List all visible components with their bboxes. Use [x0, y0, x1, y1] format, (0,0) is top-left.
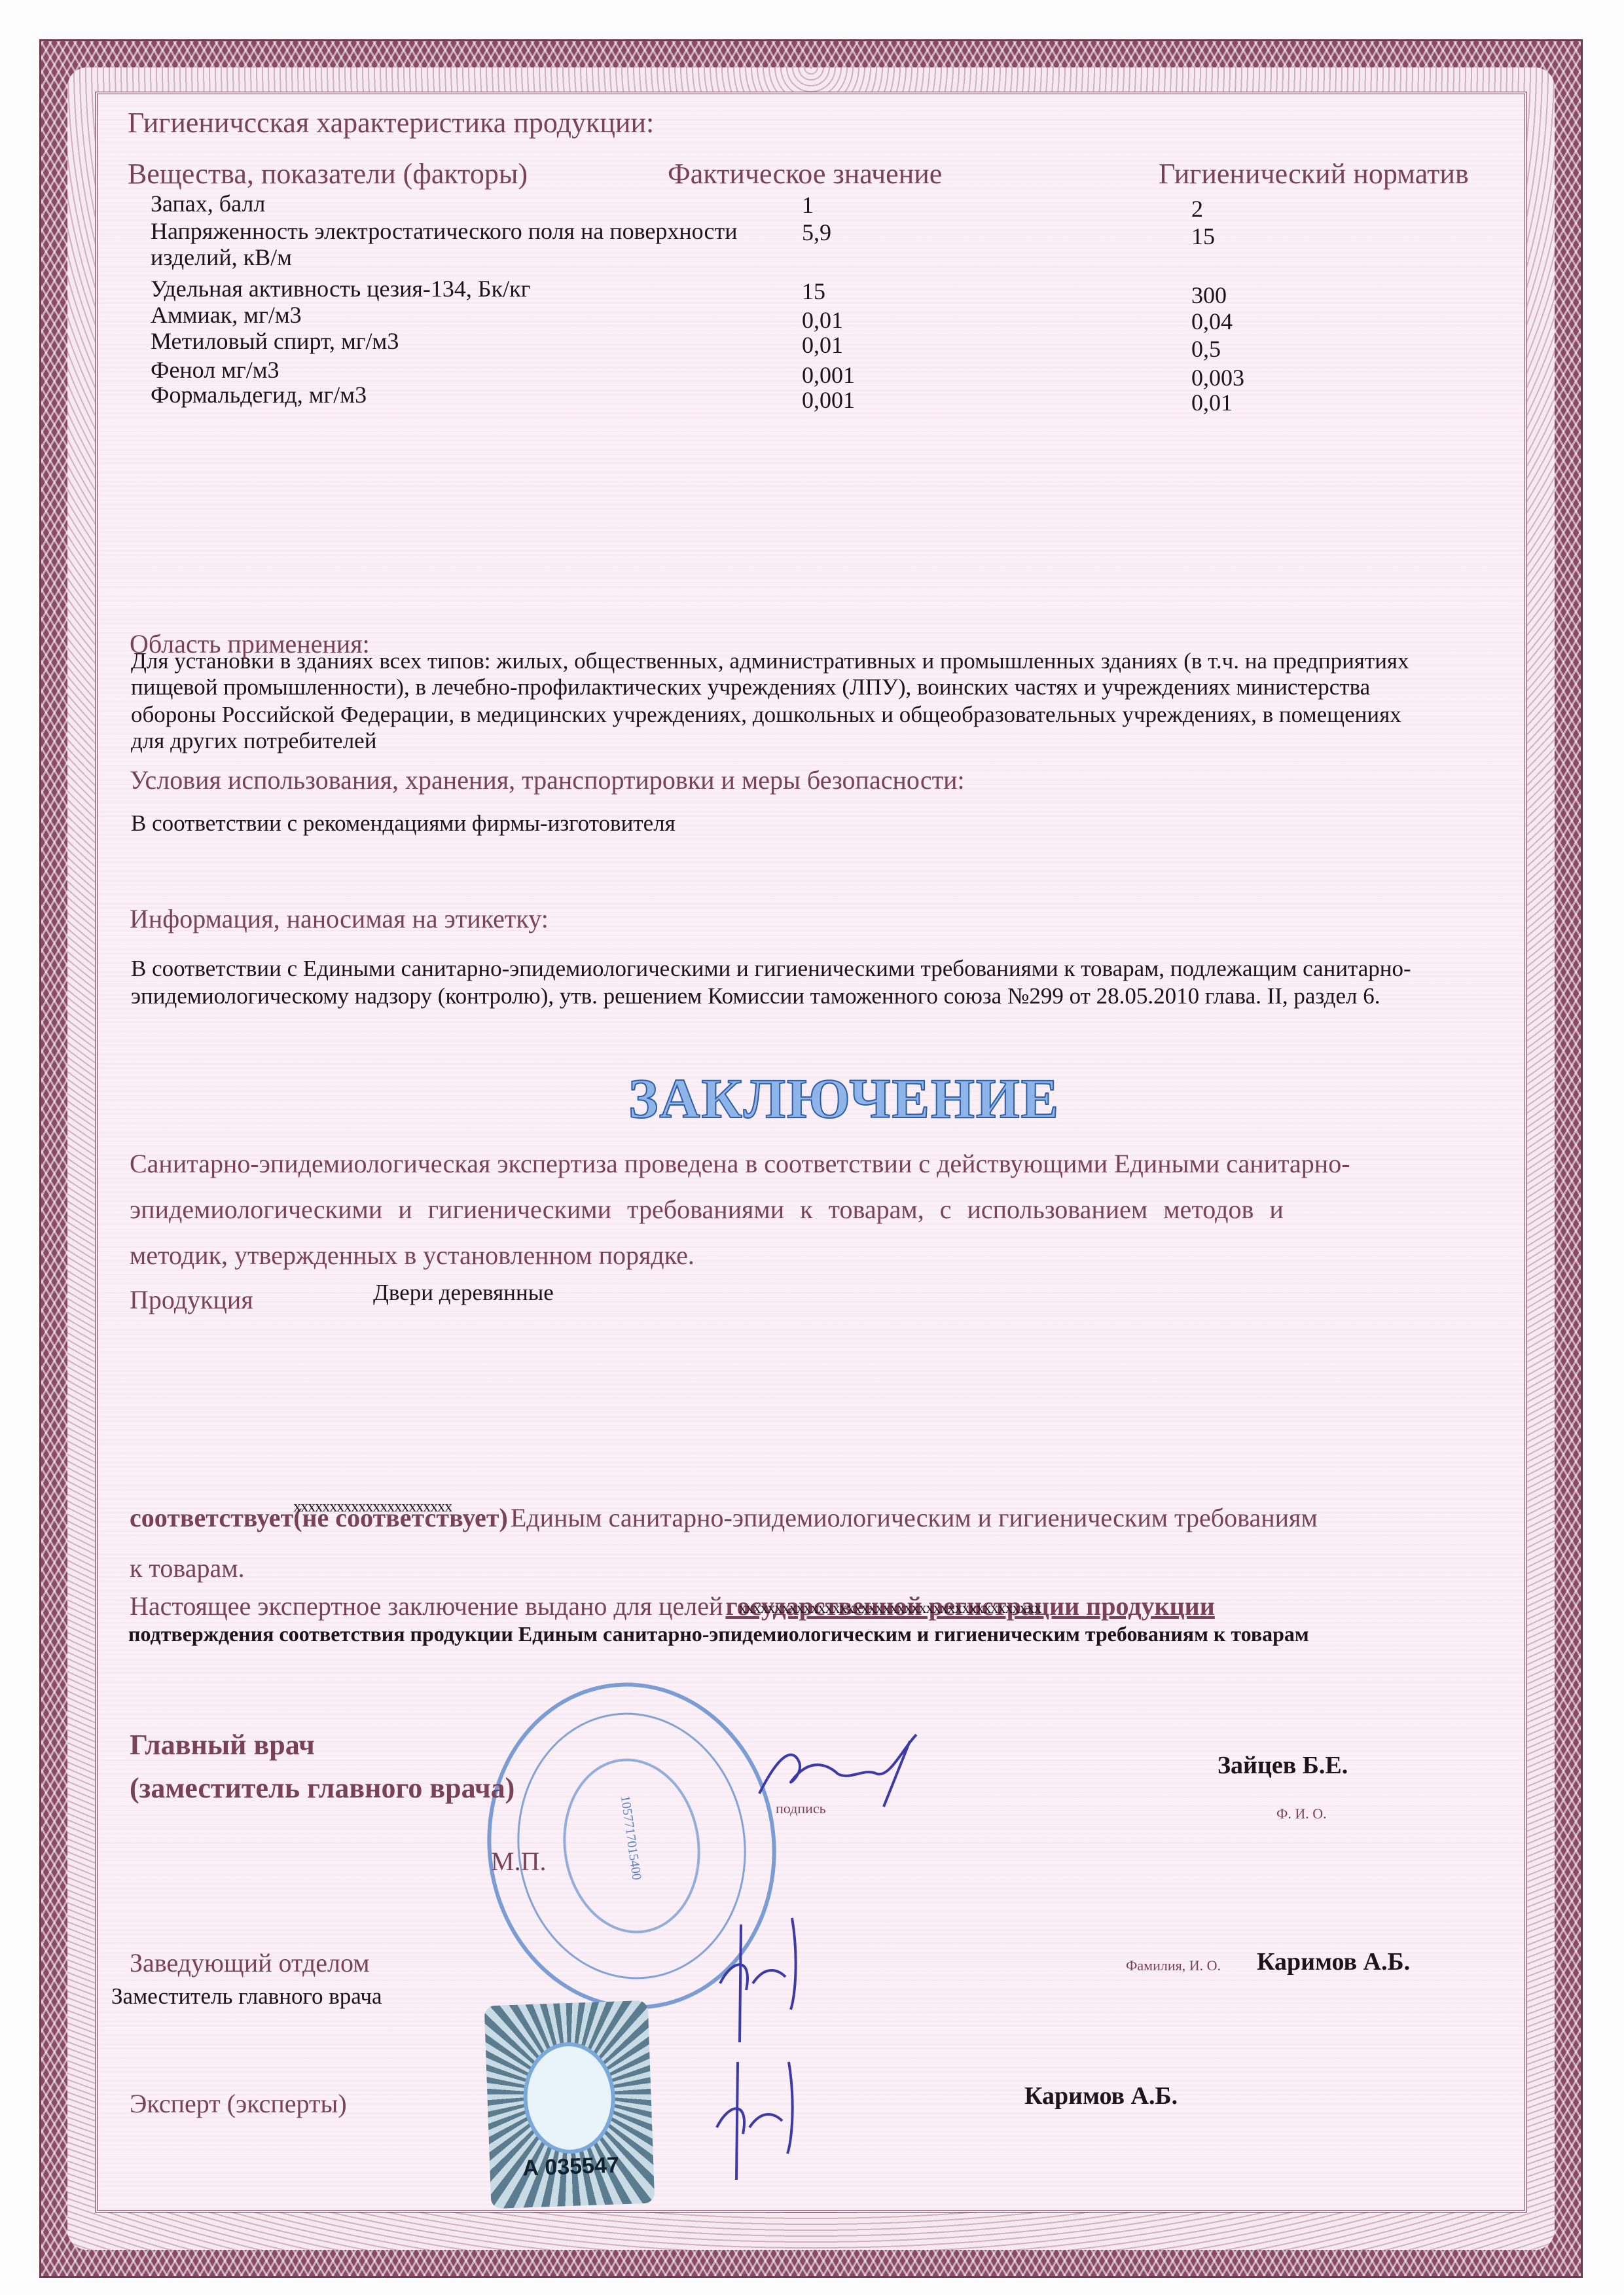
row-actual: 1 — [802, 191, 814, 219]
expert-signature — [710, 2055, 815, 2190]
row-actual: 0,001 — [802, 386, 855, 414]
row-norm: 0,01 — [1191, 389, 1233, 416]
col-header-actual: Фактическое значение — [668, 157, 942, 190]
row-norm: 0,003 — [1191, 364, 1244, 391]
dept-head-name: Каримов А.Б. — [1257, 1947, 1410, 1976]
complies-rest: Единым санитарно-эпидемиологическим и ги… — [511, 1503, 1318, 1532]
row-actual: 0,001 — [802, 361, 855, 389]
row-name: Метиловый спирт, мг/м3 — [151, 327, 399, 355]
row-actual: 0,01 — [802, 331, 843, 359]
row-norm: 15 — [1191, 223, 1215, 250]
product-label: Продукция — [130, 1284, 253, 1315]
stamp-place-label: М.П. — [491, 1846, 546, 1877]
chief-deputy-label: (заместитель главного врача) — [130, 1771, 514, 1805]
complies-tail: к товарам. — [130, 1553, 245, 1583]
issued-purpose: подтверждения соответствия продукции Еди… — [128, 1622, 1309, 1646]
expert-name: Каримов А.Б. — [1024, 2082, 1178, 2110]
conclusion-paragraph-line: Санитарно-эпидемиологическая экспертиза … — [130, 1140, 1350, 1187]
row-actual: 0,01 — [802, 306, 843, 334]
expert-label: Эксперт (эксперты) — [130, 2088, 347, 2119]
row-actual: 15 — [802, 278, 825, 305]
label-info-line: эпидемиологическому надзору (контролю), … — [131, 983, 1380, 1009]
row-name: Напряженность электростатического поля н… — [151, 217, 738, 245]
surname-caption: Фамилия, И. О. — [1126, 1957, 1221, 1974]
row-name: Формальдегид, мг/м3 — [151, 381, 367, 408]
label-info-label: Информация, наносимая на этикетку: — [130, 903, 549, 934]
row-actual: 5,9 — [802, 219, 831, 246]
row-norm: 0,5 — [1191, 335, 1221, 363]
row-name: Удельная активность цезия-134, Бк/кг — [151, 275, 530, 302]
scope-line: Для установки в зданиях всех типов: жилы… — [131, 648, 1409, 674]
conditions-text: В соответствии с рекомендациями фирмы-из… — [131, 810, 676, 837]
seal-number: 1057717015400 — [604, 1698, 657, 1978]
signature-caption: подпись — [776, 1800, 826, 1817]
row-name: Аммиак, мг/м3 — [151, 301, 302, 329]
row-norm: 300 — [1191, 281, 1227, 309]
conclusion-paragraph-line: эпидемиологическими и гигиеническими тре… — [130, 1186, 1284, 1233]
issued-line: Настоящее экспертное заключение выдано д… — [130, 1591, 1215, 1621]
conclusion-paragraph-line: методик, утвержденных в установленном по… — [130, 1232, 695, 1279]
dept-head-signature — [713, 1918, 818, 2052]
col-header-substances: Вещества, показатели (факторы) — [128, 157, 528, 190]
hologram-number: А 035547 — [522, 2152, 620, 2181]
hologram-sticker: А 035547 — [484, 2000, 655, 2209]
row-norm: 0,04 — [1191, 308, 1233, 335]
row-name-cont: изделий, кВ/м — [151, 244, 292, 271]
scope-line: обороны Российской Федерации, в медицинс… — [131, 702, 1401, 728]
chief-name: Зайцев Б.Е. — [1218, 1751, 1348, 1780]
product-value: Двери деревянные — [373, 1280, 554, 1306]
row-name: Фенол мг/м3 — [151, 356, 280, 384]
scope-line: для других потребителей — [131, 728, 376, 754]
label-info-line: В соответствии с Едиными санитарно-эпиде… — [131, 956, 1411, 982]
conclusion-title: ЗАКЛЮЧЕНИЕ — [628, 1066, 1060, 1131]
conditions-label: Условия использования, хранения, транспо… — [130, 765, 965, 795]
strike-x-marks: xxxxxxxxxxxxxxxxxxxxxxxxxxxxxxxxxxxxxxxx… — [738, 1600, 1041, 1617]
hygiene-section-title: Гигиеничсская характеристика продукции: — [128, 106, 654, 139]
scope-line: пищевой промышленности), в лечебно-профи… — [131, 674, 1370, 700]
compliance-line: соответствует (не соответствует) xxxxxxx… — [130, 1502, 1318, 1533]
dept-head-label: Заведующий отделом — [130, 1947, 370, 1978]
row-norm: 2 — [1191, 195, 1203, 223]
strike-x-marks: xxxxxxxxxxxxxxxxxxxxxx — [293, 1498, 452, 1516]
chief-label: Главный врач — [130, 1728, 315, 1762]
complies-word: соответствует — [130, 1503, 293, 1532]
deputy-label: Заместитель главного врача — [111, 1983, 382, 2010]
row-name: Запах, балл — [151, 190, 265, 217]
hologram-emblem — [522, 2041, 617, 2156]
issued-prefix: Настоящее экспертное заключение выдано д… — [130, 1591, 723, 1621]
col-header-norm: Гигиенический норматив — [1159, 157, 1469, 190]
fio-caption: Ф. И. О. — [1276, 1805, 1327, 1822]
